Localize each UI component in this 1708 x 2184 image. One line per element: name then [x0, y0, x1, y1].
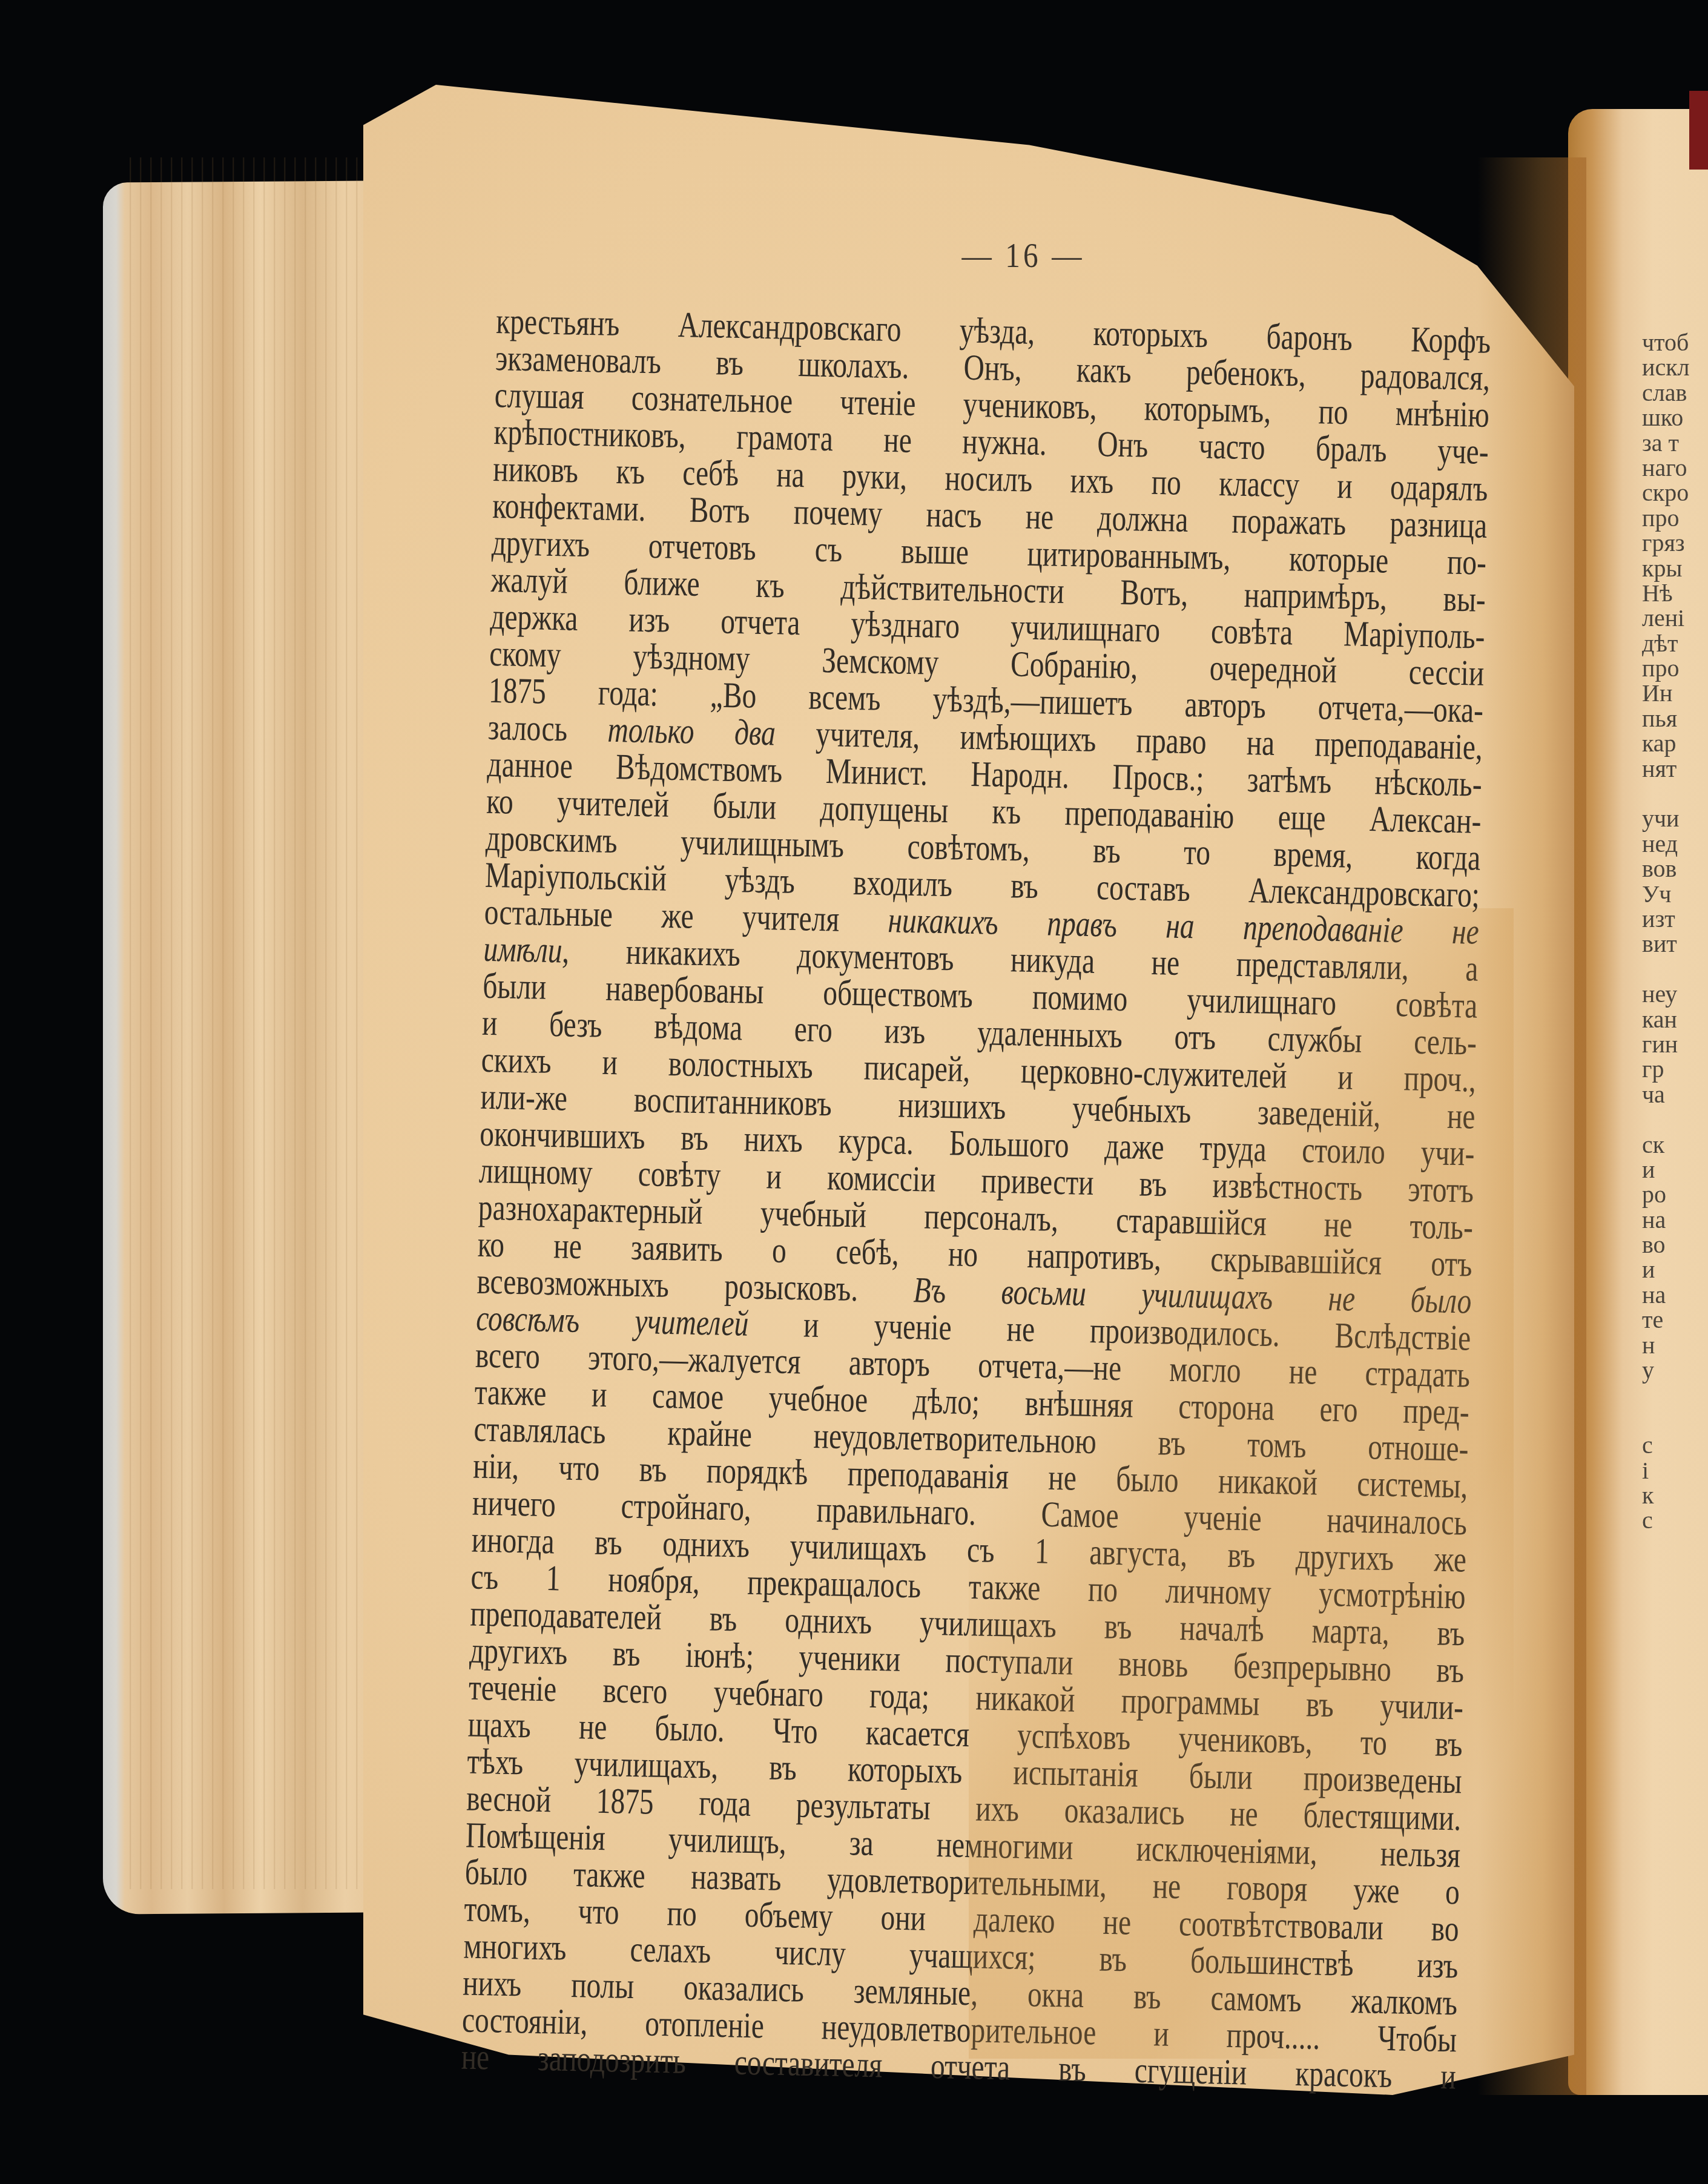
right-page-fragment — [1642, 1408, 1708, 1433]
right-page-fragment — [1642, 1107, 1708, 1132]
right-page-fragment: неу — [1642, 981, 1708, 1006]
right-page-fragment: Нѣ — [1642, 581, 1708, 605]
right-page-fragment: вит — [1642, 931, 1708, 956]
right-page-fragment: гр — [1642, 1057, 1708, 1081]
right-page-fragment: і — [1642, 1458, 1708, 1483]
right-page-fragment — [1642, 1382, 1708, 1407]
body-text: крестьянъ Александровскаго уѣзда, которы… — [461, 303, 1491, 2095]
right-page-fragment: кар — [1642, 731, 1708, 756]
right-page-fragment: на — [1642, 1282, 1708, 1307]
right-page-fragment: гряз — [1642, 530, 1708, 555]
right-page-fragment: за т — [1642, 431, 1708, 455]
right-page-fragment: шко — [1642, 405, 1708, 430]
right-page-fragment: изт — [1642, 906, 1708, 931]
right-page-fragment: вов — [1642, 856, 1708, 881]
right-page-fragment: н — [1642, 1333, 1708, 1358]
right-page-fragment: ча — [1642, 1082, 1708, 1107]
right-page-fragment: у — [1642, 1358, 1708, 1382]
page-stack-lines — [121, 157, 375, 1889]
right-page-fragment: ро — [1642, 1182, 1708, 1207]
right-page-fragment: искл — [1642, 355, 1708, 380]
right-page-fragment: с — [1642, 1508, 1708, 1532]
right-page-fragment: к — [1642, 1483, 1708, 1508]
page-number: — 16 — — [946, 235, 1101, 275]
right-page-fragment: дѣт — [1642, 631, 1708, 656]
right-page-fragment: и — [1642, 1257, 1708, 1282]
right-page-fragment: те — [1642, 1307, 1708, 1332]
right-page-fragment: с — [1642, 1433, 1708, 1457]
right-page-fragment: Уч — [1642, 882, 1708, 906]
right-page-fragment: нят — [1642, 756, 1708, 781]
book-scan: — 16 — крестьянъ Александровскаго уѣзда,… — [0, 0, 1708, 2184]
right-page-fragment: скро — [1642, 480, 1708, 505]
text-segment: залось — [487, 707, 608, 750]
right-page-fragment: ск — [1642, 1132, 1708, 1157]
right-page-fragment — [1642, 781, 1708, 806]
right-page-fragment: про — [1642, 506, 1708, 530]
right-page-fragment: наго — [1642, 455, 1708, 480]
right-page-fragment: гин — [1642, 1032, 1708, 1057]
right-page-fragment: во — [1642, 1232, 1708, 1257]
right-page-fragment — [1642, 957, 1708, 981]
right-page-fragment: лені — [1642, 605, 1708, 630]
gutter-shadow — [1477, 157, 1586, 2095]
italic-emphasis: имѣли — [483, 929, 562, 971]
right-page-fragment: про — [1642, 656, 1708, 681]
right-page-fragment: Ин — [1642, 681, 1708, 705]
right-page-fragment: кры — [1642, 556, 1708, 581]
right-page-text: чтобисклславшкоза тнагоскропрогрязкрыНѣл… — [1642, 330, 1708, 1533]
right-page-fragment: нед — [1642, 831, 1708, 856]
right-page-fragment: учи — [1642, 806, 1708, 831]
right-page-fragment: кан — [1642, 1007, 1708, 1032]
right-page-fragment: чтоб — [1642, 330, 1708, 355]
right-page-fragment: пья — [1642, 706, 1708, 731]
right-page-fragment: слав — [1642, 380, 1708, 405]
italic-emphasis: только два — [607, 710, 776, 753]
right-page-fragment: на — [1642, 1207, 1708, 1232]
bookmark-ribbon — [1689, 91, 1708, 170]
right-page-fragment: и — [1642, 1157, 1708, 1182]
